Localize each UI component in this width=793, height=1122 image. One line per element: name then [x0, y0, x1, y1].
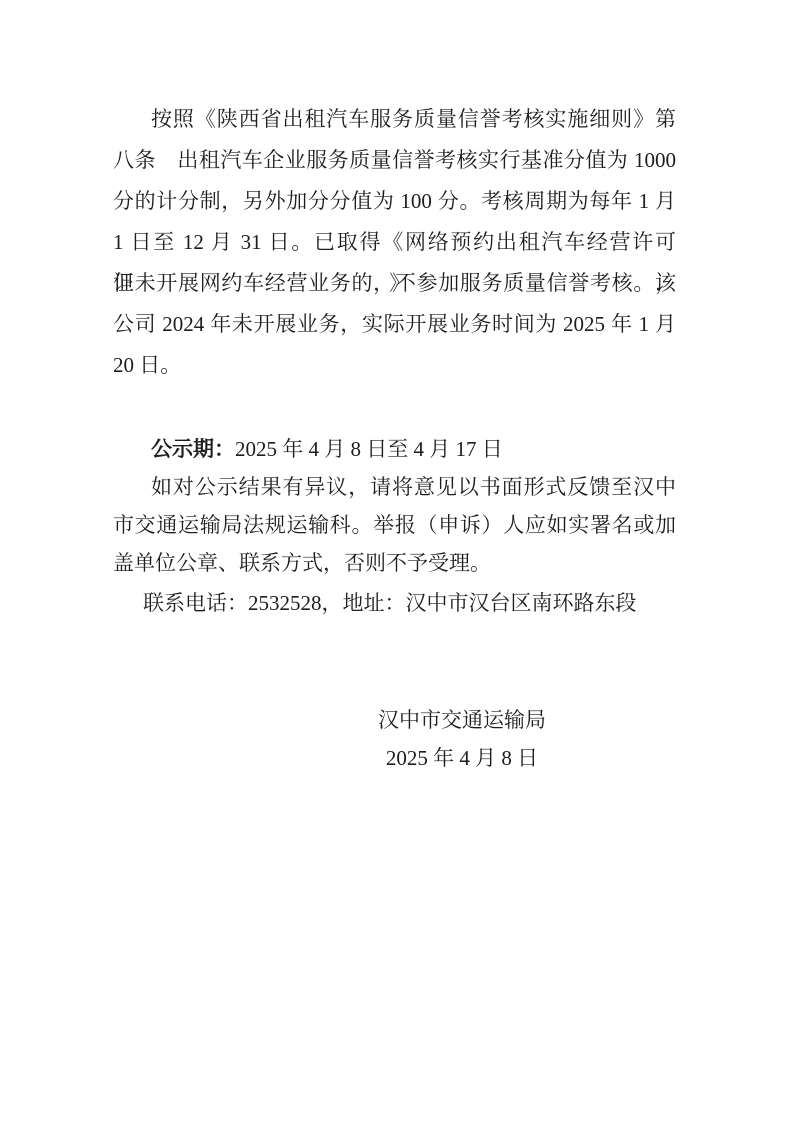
- body-line: 八条 出租汽车企业服务质量信誉考核实行基准分值为 1000: [113, 140, 676, 181]
- notice-period-label: 公示期：: [151, 437, 235, 461]
- paragraph-assessment-rules: 按照《陕西省出租汽车服务质量信誉考核实施细则》第 八条 出租汽车企业服务质量信誉…: [113, 99, 676, 386]
- body-line: 1 日至 12 月 31 日。已取得《网络预约出租汽车经营许可证》，: [113, 222, 676, 263]
- contact-info-line: 联系电话：2532528，地址：汉中市汉台区南环路东段: [113, 584, 676, 622]
- notice-period-value: 2025 年 4 月 8 日至 4 月 17 日: [235, 437, 503, 461]
- document-content: 按照《陕西省出租汽车服务质量信誉考核实施细则》第 八条 出租汽车企业服务质量信誉…: [113, 99, 676, 777]
- paragraph-objection-instructions: 如对公示结果有异议，请将意见以书面形式反馈至汉中 市交通运输局法规运输科。举报（…: [113, 468, 676, 582]
- notice-period-line: 公示期：2025 年 4 月 8 日至 4 月 17 日: [113, 430, 676, 468]
- signature-date: 2025 年 4 月 8 日: [332, 739, 592, 777]
- signature-block: 汉中市交通运输局 2025 年 4 月 8 日: [332, 701, 592, 777]
- body-line: 分的计分制，另外加分分值为 100 分。考核周期为每年 1 月: [113, 181, 676, 222]
- body-line: 20 日。: [113, 345, 676, 386]
- body-line: 但未开展网约车经营业务的，不参加服务质量信誉考核。该: [113, 263, 676, 304]
- body-line: 按照《陕西省出租汽车服务质量信誉考核实施细则》第: [113, 99, 676, 140]
- body-line: 公司 2024 年未开展业务，实际开展业务时间为 2025 年 1 月: [113, 304, 676, 345]
- body-line: 盖单位公章、联系方式，否则不予受理。: [113, 544, 676, 582]
- signature-organization: 汉中市交通运输局: [332, 701, 592, 739]
- body-line: 市交通运输局法规运输科。举报（申诉）人应如实署名或加: [113, 506, 676, 544]
- body-line: 如对公示结果有异议，请将意见以书面形式反馈至汉中: [113, 468, 676, 506]
- document-page: 按照《陕西省出租汽车服务质量信誉考核实施细则》第 八条 出租汽车企业服务质量信誉…: [0, 0, 793, 1122]
